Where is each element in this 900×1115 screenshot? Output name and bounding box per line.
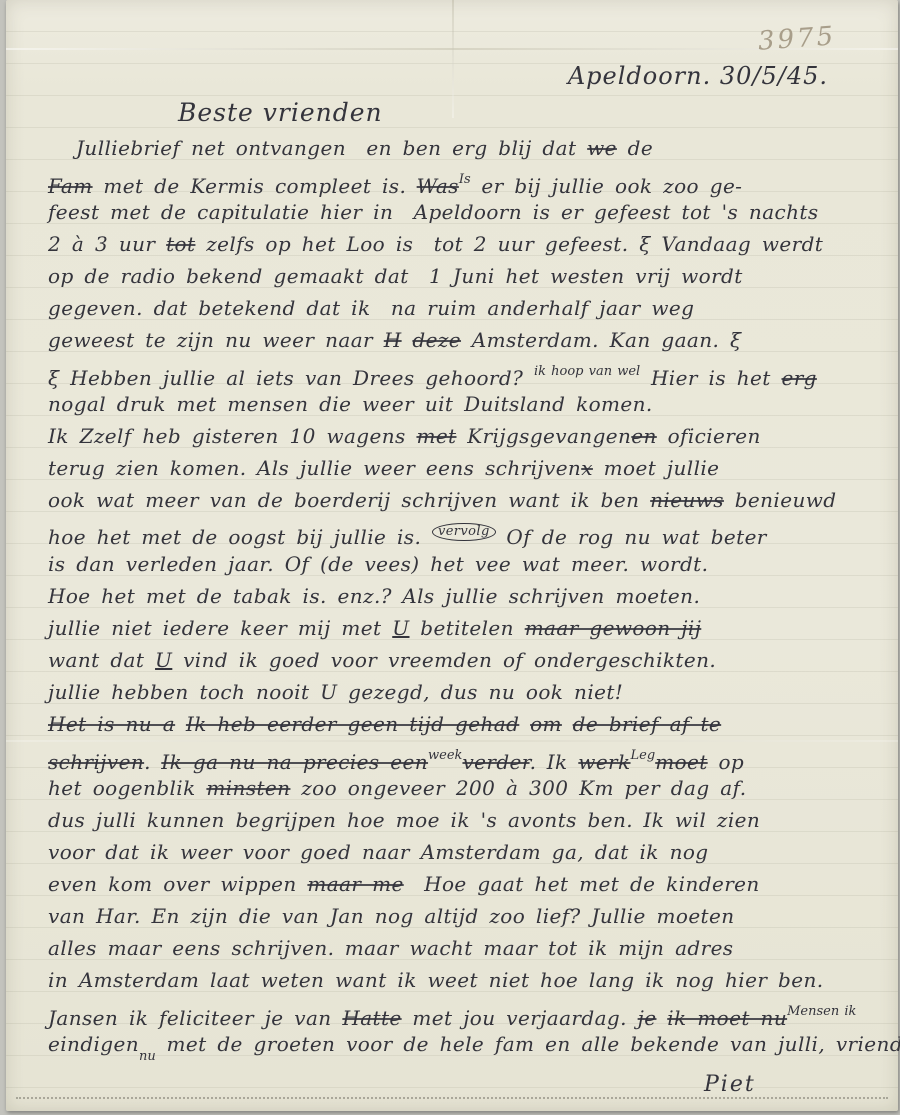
handwritten-text: op de radio bekend gemaakt dat 1 Juni he…: [48, 264, 743, 288]
handwritten-text: geweest te zijn nu weer naar: [48, 328, 384, 352]
handwritten-text: vind ik goed voor vreemden of ondergesch…: [172, 648, 716, 672]
handwritten-text: dus julli kunnen begrijpen hoe moe ik 's…: [48, 808, 760, 832]
letter-line: ξ Hebben jullie al iets van Drees gehoor…: [48, 356, 872, 388]
struck-text: om: [530, 712, 562, 736]
handwritten-text: alles maar eens schrijven. maar wacht ma…: [48, 936, 733, 960]
letter-page: 3975 Apeldoorn. 30/5/45. Beste vrienden …: [6, 0, 898, 1111]
circled-note: vervolg: [432, 523, 496, 541]
struck-text: Fam: [48, 174, 93, 198]
letter-line: feest met de capitulatie hier in Apeldoo…: [48, 196, 872, 228]
handwritten-text: [519, 712, 530, 736]
handwritten-text: betitelen: [410, 616, 525, 640]
handwritten-text: Julliebrief net ontvangen en ben erg bli…: [76, 136, 587, 160]
handwritten-text: 2 à 3 uur: [48, 232, 166, 256]
handwritten-text: van Har. En zijn die van Jan nog altijd …: [48, 904, 735, 928]
handwritten-text: gegeven. dat betekend dat ik na ruim and…: [48, 296, 694, 320]
struck-text: moet: [655, 750, 707, 774]
struck-text: schrijven: [48, 750, 144, 774]
inserted-text: Is: [459, 172, 471, 187]
handwritten-text: Jansen ik feliciteer je van: [48, 1006, 342, 1030]
handwritten-text: feest met de capitulatie hier in Apeldoo…: [48, 200, 819, 224]
handwritten-text: er bij jullie ook zoo ge-: [471, 174, 743, 198]
handwritten-text: even kom over wippen: [48, 872, 307, 896]
struck-text: deze: [412, 328, 461, 352]
struck-text: Het is nu a: [48, 712, 175, 736]
letter-line: jullie niet iedere keer mij met U betite…: [48, 612, 872, 644]
handwritten-text: zoo ongeveer 200 à 300 Km per dag af.: [290, 776, 746, 800]
inserted-text: Mensen ik: [787, 1004, 856, 1019]
letter-line: voor dat ik weer voor goed naar Amsterda…: [48, 836, 872, 868]
letter-line: gegeven. dat betekend dat ik na ruim and…: [48, 292, 872, 324]
handwritten-text: benieuwd: [724, 488, 837, 512]
handwritten-text: ξ Hebben jullie al iets van Drees gehoor…: [48, 366, 534, 390]
struck-text: tot: [166, 232, 195, 256]
handwritten-text: nogal druk met mensen die weer uit Duits…: [48, 392, 653, 416]
dateline: Apeldoorn. 30/5/45.: [568, 62, 828, 90]
letter-line: Jansen ik feliciteer je van Hatte met jo…: [48, 996, 872, 1028]
handwritten-text: zelfs op het Loo is tot 2 uur gefeest. ξ…: [195, 232, 823, 256]
struck-text: maar me: [307, 872, 403, 896]
handwritten-text: met de groeten voor de hele fam en alle …: [156, 1032, 900, 1056]
handwritten-text: [175, 712, 186, 736]
handwritten-text: met de Kermis compleet is.: [93, 174, 417, 198]
struck-text: nieuws: [650, 488, 724, 512]
inserted-text: ik hoop van wel: [534, 364, 640, 379]
struck-text: je: [638, 1006, 657, 1030]
handwritten-text: Ik Zzelf heb gisteren 10 wagens: [48, 424, 416, 448]
struck-text: H: [384, 328, 402, 352]
struck-text: Hatte: [342, 1006, 401, 1030]
letter-line: geweest te zijn nu weer naar H deze Amst…: [48, 324, 872, 356]
letter-line: jullie hebben toch nooit U gezegd, dus n…: [48, 676, 872, 708]
letter-line: even kom over wippen maar me Hoe gaat he…: [48, 868, 872, 900]
struck-text: x: [581, 456, 593, 480]
letter-line: alles maar eens schrijven. maar wacht ma…: [48, 932, 872, 964]
letter-line: want dat U vind ik goed voor vreemden of…: [48, 644, 872, 676]
handwritten-text: de: [617, 136, 653, 160]
letter-line: Het is nu a Ik heb eerder geen tijd geha…: [48, 708, 872, 740]
handwritten-text: .: [144, 750, 161, 774]
handwritten-text: terug zien komen. Als jullie weer eens s…: [48, 456, 581, 480]
struck-text: werk: [578, 750, 630, 774]
fold-crease-vertical: [452, 0, 454, 118]
letter-line: in Amsterdam laat weten want ik weet nie…: [48, 964, 872, 996]
salutation: Beste vrienden: [178, 98, 383, 127]
struck-text: maar gewoon jij: [525, 616, 702, 640]
letter-line: 2 à 3 uur tot zelfs op het Loo is tot 2 …: [48, 228, 872, 260]
letter-line: Julliebrief net ontvangen en ben erg bli…: [48, 132, 872, 164]
handwritten-text: [656, 1006, 667, 1030]
struck-text: de brief af te: [573, 712, 722, 736]
letter-line: dus julli kunnen begrijpen hoe moe ik 's…: [48, 804, 872, 836]
letter-line: Fam met de Kermis compleet is. WasIs er …: [48, 164, 872, 196]
letter-line: eindigennu met de groeten voor de hele f…: [48, 1028, 872, 1060]
signature: Piet: [704, 1072, 756, 1097]
handwritten-text: Hoe gaat het met de kinderen: [404, 872, 760, 896]
handwritten-text: Hier is het: [640, 366, 781, 390]
letter-line: terug zien komen. Als jullie weer eens s…: [48, 452, 872, 484]
handwritten-text: jullie hebben toch nooit U gezegd, dus n…: [48, 680, 623, 704]
handwritten-text: Hoe het met de tabak is. enz.? Als julli…: [48, 584, 700, 608]
handwritten-text: Amsterdam. Kan gaan. ξ: [461, 328, 741, 352]
struck-text: Ik heb eerder geen tijd gehad: [186, 712, 519, 736]
handwritten-text: U: [155, 648, 172, 672]
letter-line: is dan verleden jaar. Of (de vees) het v…: [48, 548, 872, 580]
handwritten-text: voor dat ik weer voor goed naar Amsterda…: [48, 840, 709, 864]
struck-text: en: [631, 424, 657, 448]
handwritten-text: [402, 328, 413, 352]
archive-number: 3975: [757, 21, 837, 56]
handwritten-text: [562, 712, 573, 736]
letter-body: Julliebrief net ontvangen en ben erg bli…: [48, 132, 872, 1060]
handwritten-text: want dat: [48, 648, 155, 672]
struck-text: we: [587, 136, 617, 160]
struck-text: verder: [462, 750, 529, 774]
handwritten-text: in Amsterdam laat weten want ik weet nie…: [48, 968, 824, 992]
perforated-edge: [16, 1097, 888, 1099]
struck-text: minsten: [206, 776, 290, 800]
letter-line: ook wat meer van de boerderij schrijven …: [48, 484, 872, 516]
struck-text: Ik ga nu na precies een: [161, 750, 428, 774]
handwritten-text: is dan verleden jaar. Of (de vees) het v…: [48, 552, 708, 576]
handwritten-text: oficieren: [657, 424, 761, 448]
handwritten-text: eindigen: [48, 1032, 139, 1056]
letter-line: op de radio bekend gemaakt dat 1 Juni he…: [48, 260, 872, 292]
handwritten-text: hoe het met de oogst bij jullie is.: [48, 525, 432, 549]
handwritten-text: ook wat meer van de boerderij schrijven …: [48, 488, 650, 512]
letter-line: schrijven. Ik ga nu na precies eenweekve…: [48, 740, 872, 772]
handwritten-text: jullie niet iedere keer mij met: [48, 616, 392, 640]
letter-line: hoe het met de oogst bij jullie is. verv…: [48, 516, 872, 548]
handwritten-text: het oogenblik: [48, 776, 206, 800]
handwritten-text: moet jullie: [593, 456, 720, 480]
letter-line: nogal druk met mensen die weer uit Duits…: [48, 388, 872, 420]
handwritten-text: Krijgsgevangen: [457, 424, 632, 448]
letter-line: het oogenblik minsten zoo ongeveer 200 à…: [48, 772, 872, 804]
handwritten-text: . Ik: [530, 750, 579, 774]
letter-line: Hoe het met de tabak is. enz.? Als julli…: [48, 580, 872, 612]
struck-text: met: [416, 424, 456, 448]
inserted-text: Leg: [631, 748, 656, 763]
struck-text: erg: [781, 366, 816, 390]
handwritten-text: op: [708, 750, 744, 774]
struck-text: Was: [417, 174, 459, 198]
inserted-text: nu: [139, 1049, 156, 1064]
inserted-text: week: [428, 748, 462, 763]
struck-text: ik moet nu: [667, 1006, 787, 1030]
letter-line: Ik Zzelf heb gisteren 10 wagens met Krij…: [48, 420, 872, 452]
handwritten-text: U: [392, 616, 409, 640]
letter-line: van Har. En zijn die van Jan nog altijd …: [48, 900, 872, 932]
handwritten-text: Of de rog nu wat beter: [496, 525, 767, 549]
handwritten-text: met jou verjaardag.: [402, 1006, 638, 1030]
